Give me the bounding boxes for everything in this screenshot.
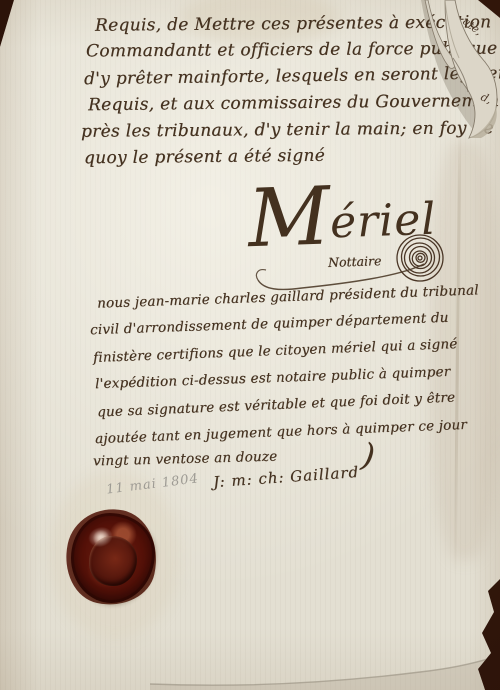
judge-signature: J: m: ch: Gaillard bbox=[213, 463, 360, 491]
curled-page-corner bbox=[395, 0, 500, 142]
manuscript-page: Requis, de Mettre ces présentes à exécut… bbox=[0, 0, 500, 690]
wax-seal bbox=[71, 513, 155, 603]
certification-line: ajoutée tant en jugement que hors à quim… bbox=[95, 417, 467, 447]
certification-line: que sa signature est véritable et que fo… bbox=[97, 390, 456, 421]
paper-bottom-edge bbox=[0, 650, 500, 690]
photographed-document: Requis, de Mettre ces présentes à exécut… bbox=[0, 0, 500, 690]
manuscript-line: quoy le présent a été signé bbox=[84, 146, 325, 169]
paraph-spiral-icon bbox=[394, 232, 446, 284]
certification-line: finistère certifions que le citoyen méri… bbox=[93, 336, 458, 366]
notary-title: Nottaire bbox=[328, 253, 382, 270]
certification-line: l'expédition ci-dessus est notaire publi… bbox=[95, 364, 451, 392]
paper-crease bbox=[454, 128, 462, 578]
paraph-stroke: ) bbox=[359, 435, 377, 474]
pencil-date-annotation: 11 mai 1804 bbox=[105, 471, 199, 497]
certification-line: vingt un ventose an douze bbox=[93, 449, 278, 470]
signature-initial: M bbox=[246, 169, 331, 265]
wax-seal-impression bbox=[89, 536, 136, 586]
certification-line: civil d'arrondissement de quimper départ… bbox=[90, 310, 449, 339]
